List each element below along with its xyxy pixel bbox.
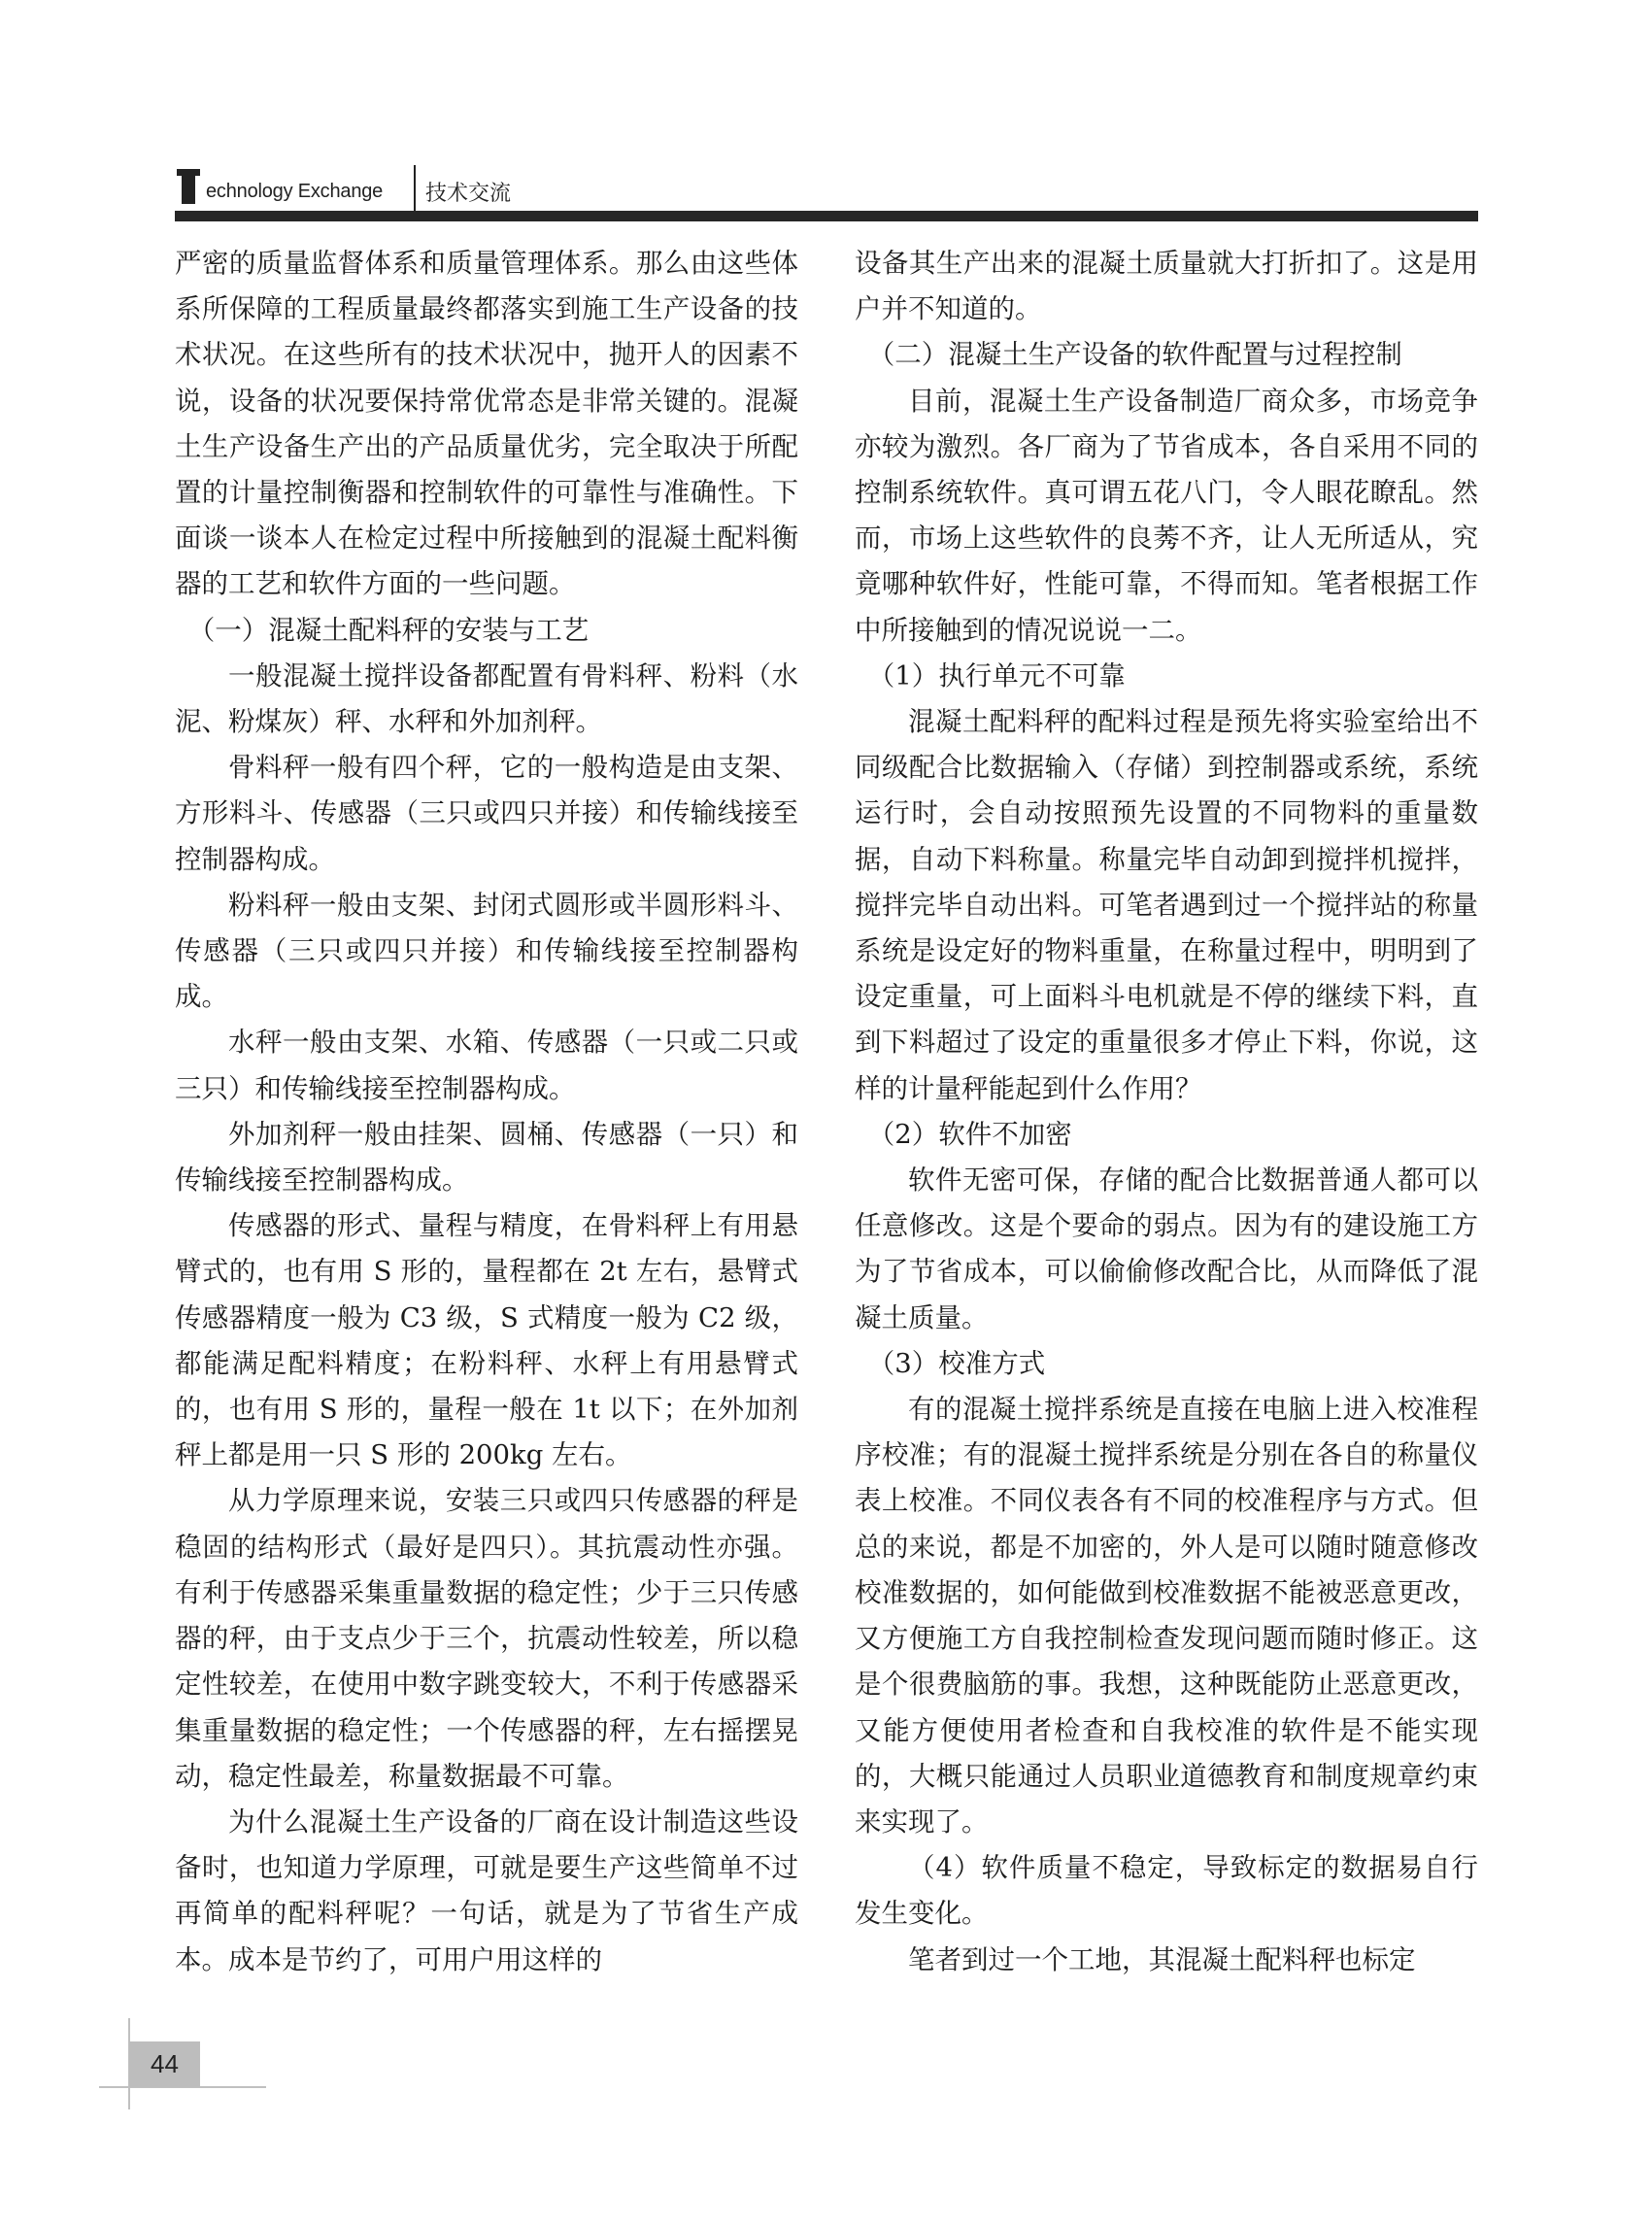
subheading-2: （2）软件不加密 [855,1112,1478,1158]
paragraph: 软件无密可保，存储的配合比数据普通人都可以任意修改。这是个要命的弱点。因为有的建… [855,1158,1478,1341]
header-title-english: echnology Exchange [206,181,383,203]
header-title-chinese: 技术交流 [425,177,511,207]
paragraph: 骨料秤一般有四个秤，它的一般构造是由支架、方形料斗、传感器（三只或四只并接）和传… [175,745,798,883]
paragraph: 传感器的形式、量程与精度，在骨料秤上有用悬臂式的，也有用 S 形的，量程都在 2… [175,1203,798,1478]
paragraph: 水秤一般由支架、水箱、传感器（一只或二只或三只）和传输线接至控制器构成。 [175,1020,798,1111]
page-number: 44 [129,2041,200,2087]
left-column: 严密的质量监督体系和质量管理体系。那么由这些体系所保障的工程质量最终都落实到施工… [175,241,798,1983]
section-heading-1: （一）混凝土配料秤的安装与工艺 [175,608,798,654]
paragraph: 外加剂秤一般由挂架、圆桶、传感器（一只）和传输线接至控制器构成。 [175,1112,798,1203]
page-number-box: 44 [129,2041,200,2087]
running-header: echnology Exchange 技术交流 [175,165,1478,223]
paragraph: 目前，混凝土生产设备制造厂商众多，市场竞争亦较为激烈。各厂商为了节省成本，各自采… [855,379,1478,654]
paragraph: 一般混凝土搅拌设备都配置有骨料秤、粉料（水泥、粉煤灰）秤、水秤和外加剂秤。 [175,654,798,745]
section-heading-2: （二）混凝土生产设备的软件配置与过程控制 [855,332,1478,378]
header-rule [175,211,1478,221]
paragraph-continued: 严密的质量监督体系和质量管理体系。那么由这些体系所保障的工程质量最终都落实到施工… [175,241,798,608]
paragraph: 为什么混凝土生产设备的厂商在设计制造这些设备时，也知道力学原理，可就是要生产这些… [175,1800,798,1983]
right-column: 设备其生产出来的混凝土质量就大打折扣了。这是用户并不知道的。 （二）混凝土生产设… [855,241,1478,1983]
header-divider [414,165,416,214]
paragraph: 混凝土配料秤的配料过程是预先将实验室给出不同级配合比数据输入（存储）到控制器或系… [855,699,1478,1112]
paragraph: 有的混凝土搅拌系统是直接在电脑上进入校准程序校准；有的混凝土搅拌系统是分别在各自… [855,1387,1478,1845]
header-initial-t-logo [177,169,200,204]
paragraph: 粉料秤一般由支架、封闭式圆形或半圆形料斗、传感器（三只或四只并接）和传输线接至控… [175,883,798,1021]
subheading-1: （1）执行单元不可靠 [855,654,1478,699]
paragraph: 笔者到过一个工地，其混凝土配料秤也标定 [855,1938,1478,1983]
paragraph-continued: 设备其生产出来的混凝土质量就大打折扣了。这是用户并不知道的。 [855,241,1478,332]
subheading-4: （4）软件质量不稳定，导致标定的数据易自行发生变化。 [855,1845,1478,1937]
subheading-3: （3）校准方式 [855,1341,1478,1387]
paragraph: 从力学原理来说，安装三只或四只传感器的秤是稳固的结构形式（最好是四只）。其抗震动… [175,1478,798,1799]
